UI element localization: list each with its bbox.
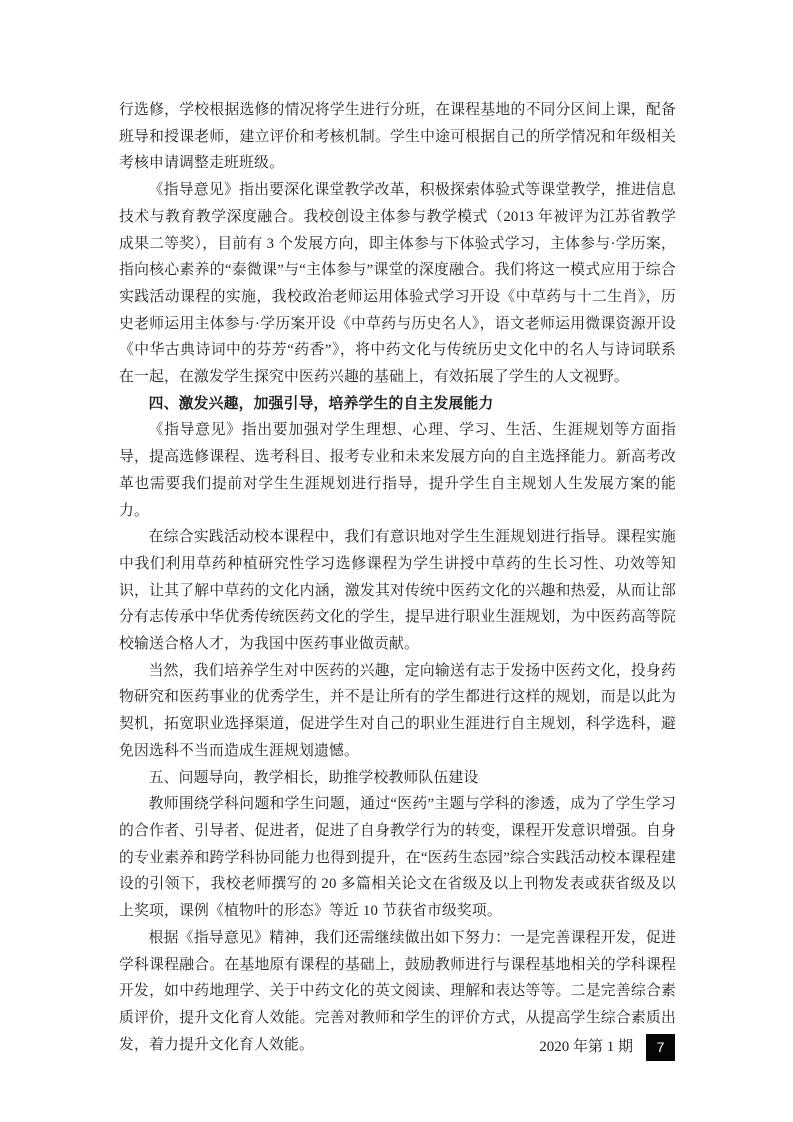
- page-footer: 2020 年第 1 期 7: [539, 1033, 675, 1061]
- section-heading: 四、激发兴趣，加强引导，培养学生的自主发展能力: [119, 391, 676, 418]
- body-paragraph: 《指导意见》指出要深化课堂教学改革，积极探索体验式等课堂教学，推进信息技术与教育…: [119, 177, 676, 391]
- body-paragraph: 在综合实践活动校本课程中，我们有意识地对学生生涯规划进行指导。课程实施中我们利用…: [119, 524, 676, 658]
- issue-label: 2020 年第 1 期: [539, 1033, 633, 1061]
- body-paragraph: 教师围绕学科问题和学生问题，通过“医药”主题与学科的渗透，成为了学生学习的合作者…: [119, 791, 676, 925]
- section-heading: 五、问题导向，教学相长，助推学校教师队伍建设: [119, 765, 676, 792]
- document-page: 行选修，学校根据选修的情况将学生进行分班，在课程基地的不同分区间上课，配备班导和…: [0, 0, 793, 1122]
- body-paragraph: 《指导意见》指出要加强对学生理想、心理、学习、生活、生涯规划等方面指导，提高选修…: [119, 417, 676, 524]
- article-body: 行选修，学校根据选修的情况将学生进行分班，在课程基地的不同分区间上课，配备班导和…: [119, 97, 676, 1058]
- page-number-badge: 7: [646, 1034, 675, 1061]
- body-paragraph: 行选修，学校根据选修的情况将学生进行分班，在课程基地的不同分区间上课，配备班导和…: [119, 97, 676, 177]
- body-paragraph: 当然，我们培养学生对中医药的兴趣，定向输送有志于发扬中医药文化，投身药物研究和医…: [119, 658, 676, 765]
